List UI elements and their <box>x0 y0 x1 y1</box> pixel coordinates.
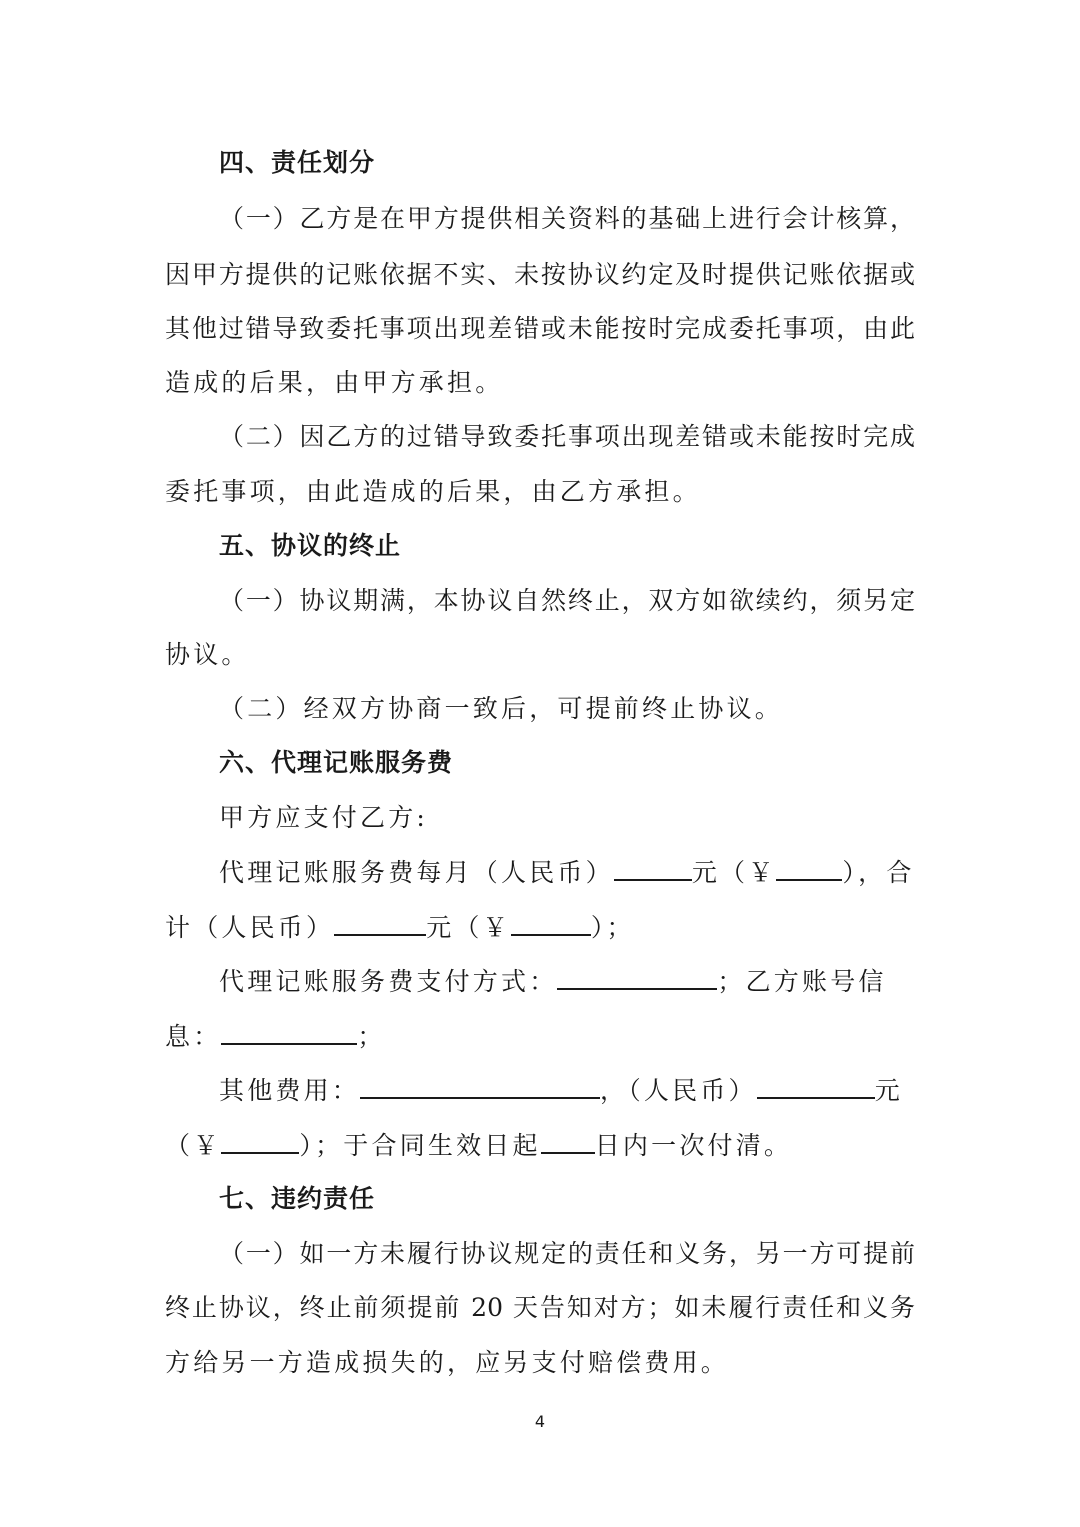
other-fee-line-1: 其他费用：，（人民币）元 <box>219 1075 915 1106</box>
document-page: 四、责任划分 （一）乙方是在甲方提供相关资料的基础上进行会计核算， 因甲方提供的… <box>0 0 1080 1527</box>
fee-currency-label: 元（￥ <box>692 858 777 887</box>
fee-line-1: 代理记账服务费每月（人民币）元（￥），合 <box>219 857 915 888</box>
account-info-label-cont: 息： <box>165 1022 221 1051</box>
paragraph-line: （一）协议期满，本协议自然终止，双方如欲续约，须另定 <box>219 586 915 616</box>
payment-deadline-suffix: 日内一次付清。 <box>595 1131 792 1160</box>
payment-line-2: 息：； <box>165 1021 915 1052</box>
section-heading-5: 五、协议的终止 <box>219 531 915 561</box>
paragraph-line: 协议。 <box>165 640 915 670</box>
account-info-label: ；乙方账号信 <box>717 967 886 996</box>
section-heading-7: 七、违约责任 <box>219 1184 915 1214</box>
payment-deadline-label: ）；于合同生效日起 <box>299 1131 540 1160</box>
total-currency-label: 元（￥ <box>426 913 511 942</box>
other-fee-line-2: （￥）；于合同生效日起日内一次付清。 <box>165 1130 915 1161</box>
other-fee-label: 其他费用： <box>219 1076 360 1105</box>
paragraph-line: 因甲方提供的记账依据不实、未按协议约定及时提供记账依据或 <box>165 260 915 290</box>
paragraph-line: 造成的后果，由甲方承担。 <box>165 368 915 398</box>
account-info-blank[interactable] <box>221 1021 357 1045</box>
fee-line-2: 计（人民币）元（￥）； <box>165 912 915 943</box>
paragraph-line: 其他过错导致委托事项出现差错或未能按时完成委托事项，由此 <box>165 314 915 344</box>
section-heading-6: 六、代理记账服务费 <box>219 748 915 778</box>
section-heading-4: 四、责任划分 <box>219 148 915 178</box>
other-fee-yen-blank[interactable] <box>221 1130 299 1154</box>
payment-line-1: 代理记账服务费支付方式：；乙方账号信 <box>219 966 915 997</box>
monthly-fee-blank[interactable] <box>614 857 692 881</box>
other-fee-yen-label: （￥ <box>165 1131 221 1160</box>
paragraph-line: 甲方应支付乙方: <box>219 803 915 833</box>
paragraph-line: 终止协议，终止前须提前 20 天告知对方；如未履行责任和义务 <box>165 1293 915 1323</box>
paragraph-line: （二）因乙方的过错导致委托事项出现差错或未能按时完成 <box>219 422 915 452</box>
total-suffix: ）； <box>591 913 635 942</box>
other-fee-amount-blank[interactable] <box>757 1075 875 1099</box>
payment-days-blank[interactable] <box>541 1130 595 1154</box>
paragraph-line: （二）经双方协商一致后，可提前终止协议。 <box>219 694 915 724</box>
fee-label: 代理记账服务费每月（人民币） <box>219 858 614 887</box>
paragraph-line: 委托事项，由此造成的后果，由乙方承担。 <box>165 477 915 507</box>
other-fee-blank[interactable] <box>360 1075 600 1099</box>
total-fee-amount-blank[interactable] <box>511 912 591 936</box>
other-fee-currency-label: ，（人民币） <box>600 1076 757 1105</box>
page-number: 4 <box>0 1412 1080 1431</box>
payment-method-blank[interactable] <box>557 966 717 990</box>
payment-method-label: 代理记账服务费支付方式： <box>219 967 557 996</box>
monthly-fee-amount-blank[interactable] <box>776 857 842 881</box>
other-fee-unit: 元 <box>875 1076 903 1105</box>
account-info-suffix: ； <box>357 1022 385 1051</box>
paragraph-line: 方给另一方造成损失的，应另支付赔偿费用。 <box>165 1348 915 1378</box>
paragraph-line: （一）乙方是在甲方提供相关资料的基础上进行会计核算， <box>219 204 915 234</box>
total-label: 计（人民币） <box>165 913 334 942</box>
total-fee-blank[interactable] <box>334 912 426 936</box>
paragraph-line: （一）如一方未履行协议规定的责任和义务，另一方可提前 <box>219 1239 915 1269</box>
fee-suffix: ），合 <box>842 858 914 887</box>
